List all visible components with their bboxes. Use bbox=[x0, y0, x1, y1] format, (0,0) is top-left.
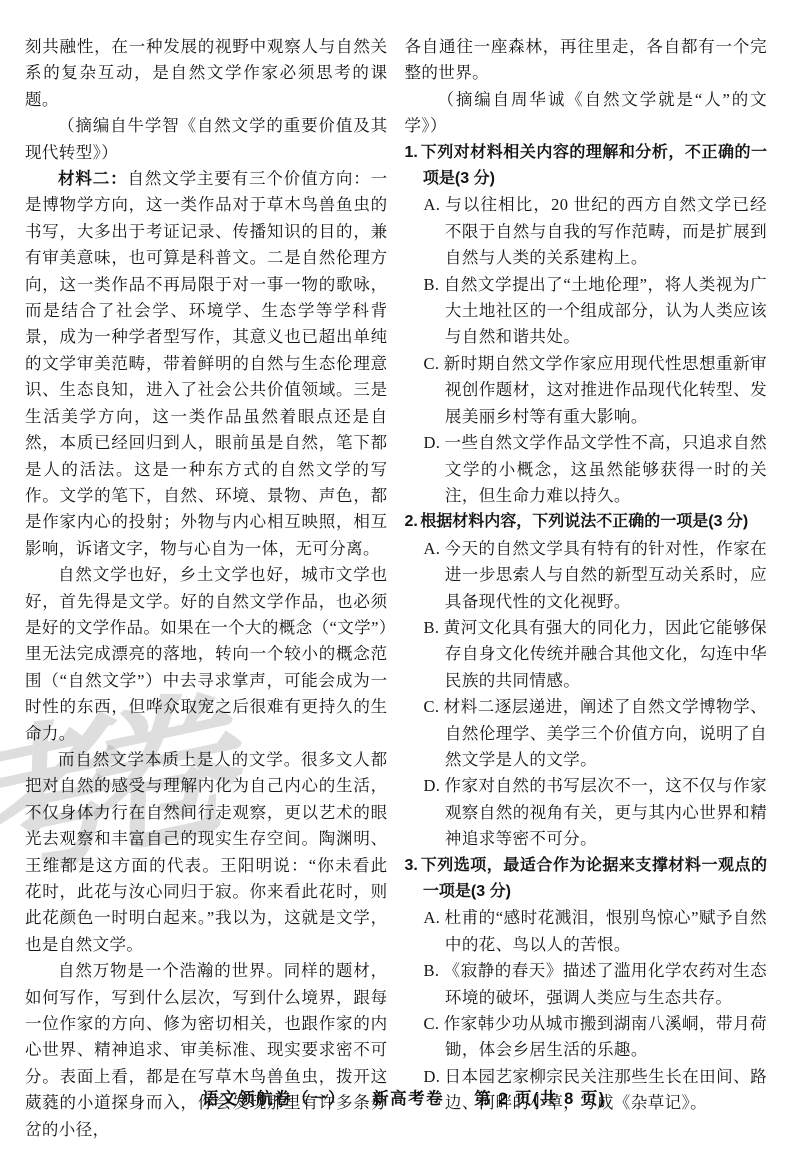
answer-option: C.作家韩少功从城市搬到湖南八溪峒，带月荷锄，体会乡居生活的乐趣。 bbox=[405, 1011, 768, 1064]
two-column-text-area: 刻共融性，在一种发展的视野中观察人与自然关系的复杂互动，是自然文学作家必须思考的… bbox=[25, 34, 767, 1143]
answer-option: A.杜甫的“感时花溅泪，恨别鸟惊心”赋予自然中的花、鸟以人的苦恨。 bbox=[405, 905, 768, 958]
answer-option: B.黄河文化具有强大的同化力，因此它能够保存自身文化传统并融合其他文化，勾连中华… bbox=[405, 615, 768, 694]
left-column: 刻共融性，在一种发展的视野中观察人与自然关系的复杂互动，是自然文学作家必须思考的… bbox=[25, 34, 388, 1143]
answer-option: D.一些自然文学作品文学性不高，只追求自然文学的小概念，这虽然能够获得一时的关注… bbox=[405, 430, 768, 509]
answer-option: D.作家对自然的书写层次不一，这不仅与作家观察自然的视角有关，更与其内心世界和精… bbox=[405, 773, 768, 852]
exam-paper-page: 考卷 刻共融性，在一种发展的视野中观察人与自然关系的复杂互动，是自然文学作家必须… bbox=[0, 0, 790, 1153]
answer-option: A.今天的自然文学具有特有的针对性，作家在进一步思索人与自然的新型互动关系时，应… bbox=[405, 536, 768, 615]
paragraph: 各自通往一座森林，再往里走，各自都有一个完整的世界。 bbox=[405, 34, 768, 87]
page-footer: 语文领航卷（一）新高考卷第 2 页(共 8 页) bbox=[0, 1085, 790, 1109]
question-number: 3. bbox=[405, 857, 418, 874]
option-label: B. bbox=[423, 618, 439, 637]
question-stem: 1.下列对材料相关内容的理解和分析，不正确的一项是(3 分) bbox=[405, 140, 768, 193]
option-label: A. bbox=[423, 195, 440, 214]
answer-option: B.自然文学提出了“土地伦理”，将人类视为广大土地社区的一个组成部分，认为人类应… bbox=[405, 272, 768, 351]
option-label: D. bbox=[423, 1067, 440, 1086]
option-label: B. bbox=[423, 961, 439, 980]
option-label: B. bbox=[423, 275, 439, 294]
option-label: D. bbox=[423, 776, 440, 795]
option-label: A. bbox=[423, 539, 440, 558]
paragraph: 材料二：自然文学主要有三个价值方向：一是博物学方向，这一类作品对于草木鸟兽鱼虫的… bbox=[25, 166, 388, 562]
material-label: 材料二： bbox=[58, 169, 127, 188]
option-label: C. bbox=[423, 354, 439, 373]
option-label: D. bbox=[423, 433, 440, 452]
paragraph: （摘编自周华诚《自然文学就是“人”的文学》） bbox=[405, 87, 768, 140]
option-label: C. bbox=[423, 1014, 439, 1033]
right-column: 各自通往一座森林，再往里走，各自都有一个完整的世界。（摘编自周华诚《自然文学就是… bbox=[405, 34, 768, 1143]
answer-option: C.材料二逐层递进，阐述了自然文学博物学、自然伦理学、美学三个价值方向，说明了自… bbox=[405, 694, 768, 773]
question-stem: 2.根据材料内容，下列说法不正确的一项是(3 分) bbox=[405, 509, 768, 535]
question-number: 2. bbox=[405, 513, 418, 530]
option-label: C. bbox=[423, 697, 439, 716]
paragraph: 自然万物是一个浩瀚的世界。同样的题材，如何写作，写到什么层次，写到什么境界，跟每… bbox=[25, 958, 388, 1143]
answer-option: A.与以往相比，20 世纪的西方自然文学已经不限于自然与自我的写作范畴，而是扩展… bbox=[405, 192, 768, 271]
option-label: A. bbox=[423, 908, 440, 927]
paragraph: 刻共融性，在一种发展的视野中观察人与自然关系的复杂互动，是自然文学作家必须思考的… bbox=[25, 34, 388, 113]
paragraph: （摘编自牛学智《自然文学的重要价值及其现代转型》） bbox=[25, 113, 388, 166]
question-stem: 3.下列选项，最适合作为论据来支撑材料一观点的一项是(3 分) bbox=[405, 853, 768, 906]
answer-option: C.新时期自然文学作家应用现代性思想重新审视创作题材，这对推进作品现代化转型、发… bbox=[405, 351, 768, 430]
paper-type: 新高考卷 bbox=[372, 1090, 444, 1108]
paragraph: 自然文学也好，乡土文学也好，城市文学也好，首先得是文学。好的自然文学作品，也必须… bbox=[25, 562, 388, 747]
exam-title: 语文领航卷（一） bbox=[202, 1090, 346, 1108]
paragraph: 而自然文学本质上是人的文学。很多文人都把对自然的感受与理解内化为自己内心的生活，… bbox=[25, 747, 388, 958]
page-number: 第 2 页(共 8 页) bbox=[474, 1090, 606, 1108]
question-number: 1. bbox=[405, 144, 418, 161]
answer-option: B.《寂静的春天》描述了滥用化学农药对生态环境的破坏，强调人类应与生态共存。 bbox=[405, 958, 768, 1011]
